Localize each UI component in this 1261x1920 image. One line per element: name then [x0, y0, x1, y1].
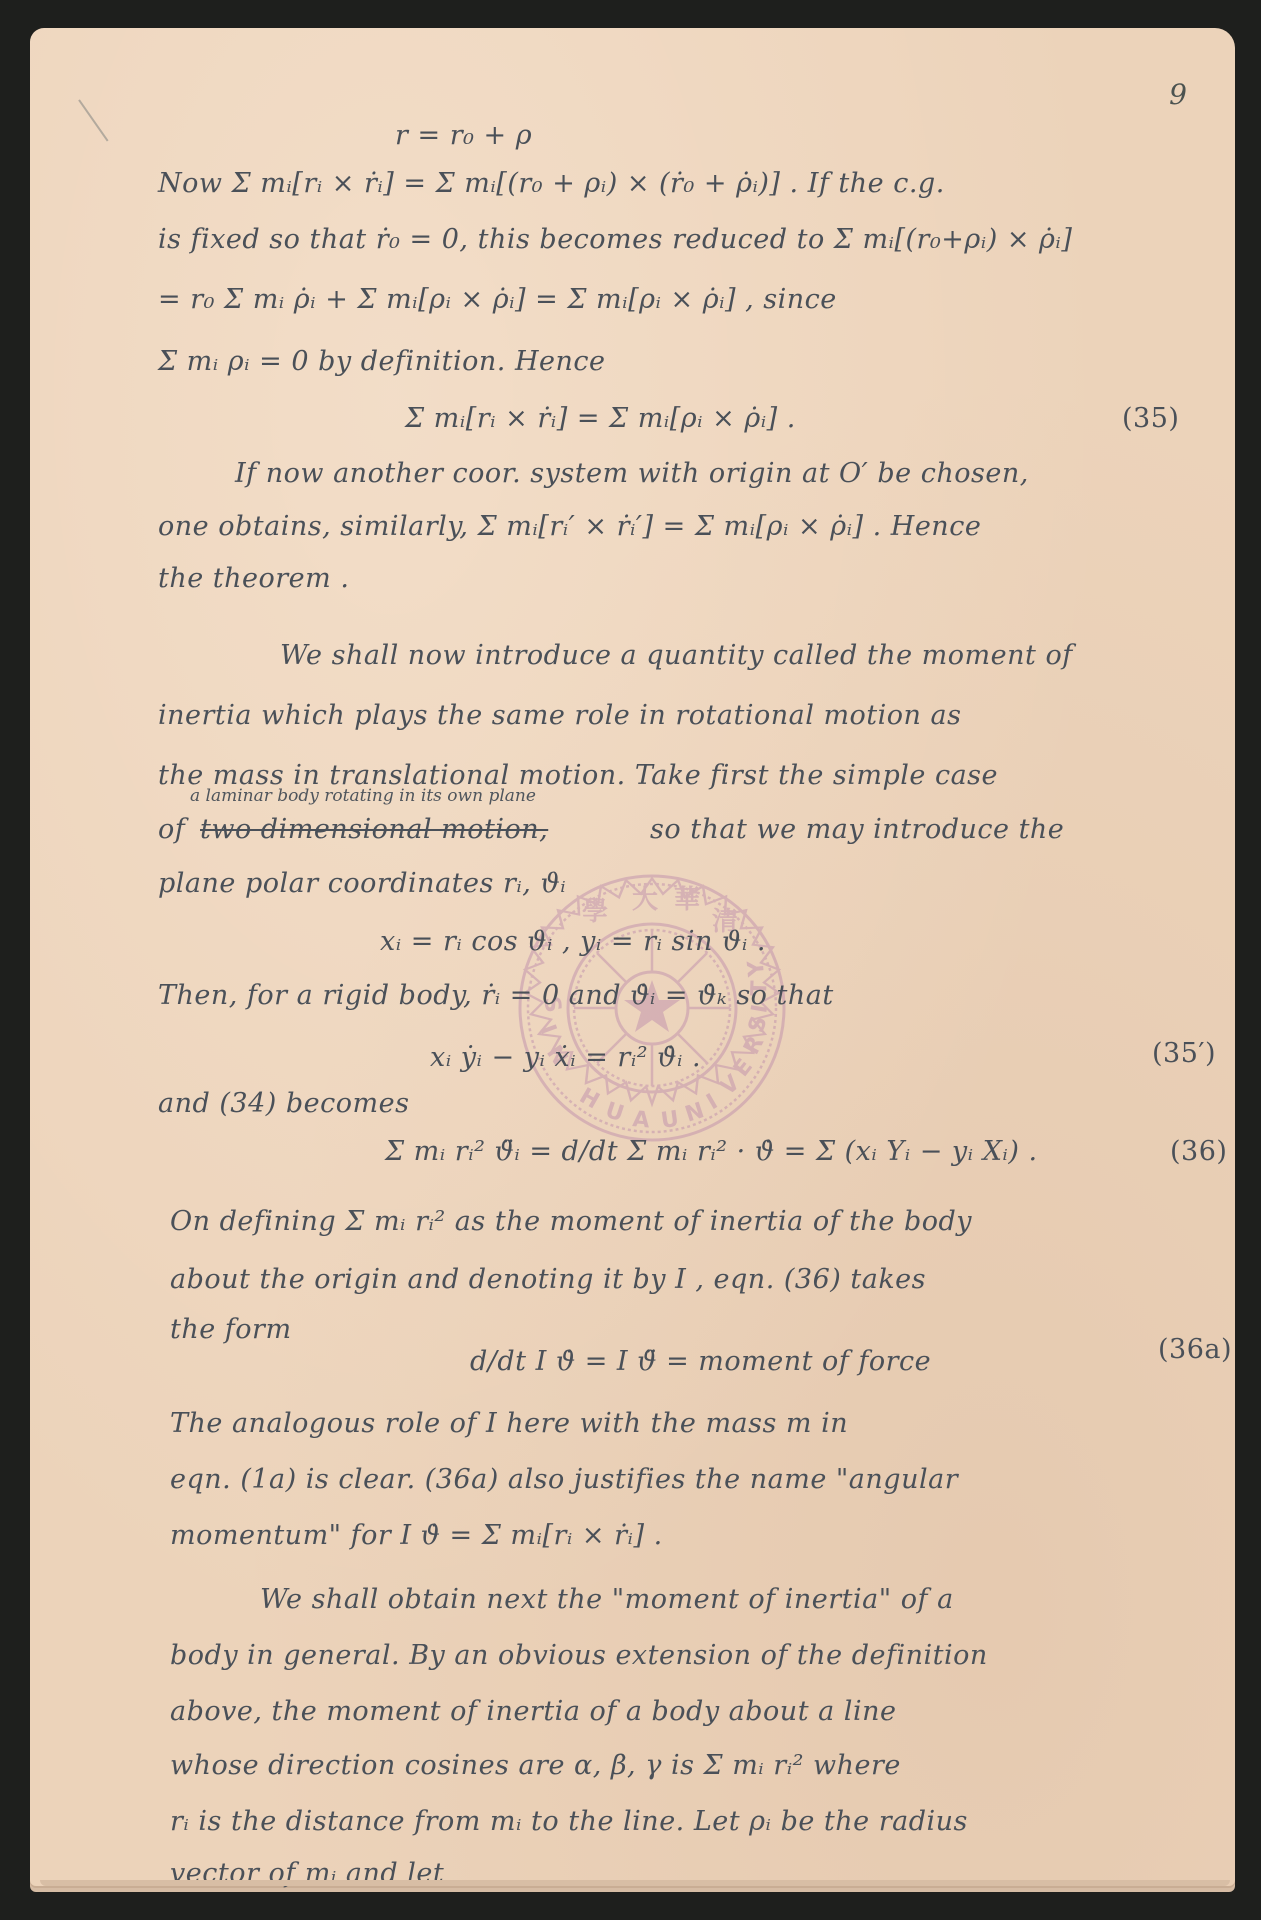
text-line: rᵢ is the distance from mᵢ to the line. …	[170, 1806, 968, 1837]
margin-pencil-mark	[78, 84, 130, 141]
paragraph-start-line: We shall now introduce a quantity called…	[280, 640, 1073, 671]
equation-number-35: (35)	[1122, 403, 1179, 434]
page-bottom-edge	[40, 1880, 1230, 1886]
text-line: inertia which plays the same role in rot…	[158, 700, 961, 731]
page-number: 9	[1169, 78, 1187, 111]
svg-text:A: A	[631, 1107, 650, 1133]
text-line: eqn. (1a) is clear. (36a) also justifies…	[170, 1464, 958, 1495]
text-line: plane polar coordinates rᵢ, ϑᵢ	[158, 868, 566, 899]
inserted-correction: a laminar body rotating in its own plane	[190, 786, 536, 806]
svg-text:R: R	[739, 1032, 769, 1059]
text-line: = r₀ Σ mᵢ ρ̇ᵢ + Σ mᵢ[ρᵢ × ρ̇ᵢ] = Σ mᵢ[ρᵢ…	[158, 284, 837, 315]
manuscript-page: 9 大 華 清 學 S I N H	[30, 28, 1235, 1886]
svg-text:S: S	[744, 1013, 773, 1036]
svg-text:N: N	[682, 1098, 707, 1127]
svg-text:學: 學	[582, 897, 608, 927]
equation-line: xᵢ = rᵢ cos ϑᵢ , yᵢ = rᵢ sin ϑᵢ .	[380, 926, 766, 957]
equation-line: r = r₀ + ρ	[395, 120, 532, 151]
equation-number-36a: (36a)	[1158, 1334, 1232, 1365]
text-line-suffix: so that we may introduce the	[650, 814, 1064, 845]
equation-number-36: (36)	[1170, 1136, 1227, 1167]
equation-35: Σ mᵢ[rᵢ × ṙᵢ] = Σ mᵢ[ρᵢ × ρ̇ᵢ] .	[405, 403, 796, 434]
text-line: and (34) becomes	[158, 1088, 409, 1119]
text-line: the form	[170, 1314, 292, 1345]
paragraph-start-line: We shall obtain next the "moment of iner…	[260, 1584, 954, 1615]
struck-text: two dimensional motion,	[200, 814, 548, 845]
svg-text:I: I	[703, 1089, 723, 1115]
text-line: Σ mᵢ ρᵢ = 0 by definition. Hence	[158, 346, 606, 377]
svg-text:華: 華	[674, 885, 700, 915]
svg-text:E: E	[729, 1054, 758, 1081]
equation-number-35-prime: (35′)	[1152, 1038, 1216, 1069]
text-line: body in general. By an obvious extension…	[170, 1640, 988, 1671]
svg-text:V: V	[716, 1070, 745, 1100]
text-line-prefix: of	[158, 814, 185, 845]
text-line: The analogous role of I here with the ma…	[170, 1408, 848, 1439]
equation-36: Σ mᵢ rᵢ² ϑ̈ᵢ = d/dt Σ mᵢ rᵢ² · ϑ̇ = Σ (x…	[385, 1136, 1038, 1167]
text-line: the theorem .	[158, 563, 349, 594]
text-line: one obtains, similarly, Σ mᵢ[rᵢ′ × ṙᵢ′] …	[158, 511, 981, 542]
text-line: is fixed so that ṙ₀ = 0, this becomes re…	[158, 224, 1072, 255]
text-line: Then, for a rigid body, ṙᵢ = 0 and ϑ̇ᵢ =…	[158, 980, 834, 1011]
text-line: whose direction cosines are α, β, γ is Σ…	[170, 1750, 901, 1781]
text-line: Now Σ mᵢ[rᵢ × ṙᵢ] = Σ mᵢ[(r₀ + ρᵢ) × (ṙ₀…	[158, 168, 945, 199]
text-line: If now another coor. system with origin …	[235, 458, 1029, 489]
text-line: about the origin and denoting it by I , …	[170, 1264, 926, 1295]
svg-text:大: 大	[632, 885, 658, 915]
svg-text:U: U	[659, 1107, 680, 1134]
equation-35-prime: xᵢ ẏᵢ − yᵢ ẋᵢ = rᵢ² ϑ̇ᵢ .	[430, 1042, 701, 1073]
svg-text:I: I	[534, 1022, 560, 1038]
svg-text:U: U	[602, 1098, 627, 1127]
text-line: momentum" for I ϑ̇ = Σ mᵢ[rᵢ × ṙᵢ] .	[170, 1520, 663, 1551]
text-line: On defining Σ mᵢ rᵢ² as the moment of in…	[170, 1206, 972, 1237]
svg-text:H: H	[575, 1084, 603, 1115]
equation-36a: d/dt I ϑ̇ = I ϑ̈ = moment of force	[470, 1346, 931, 1377]
svg-text:Y: Y	[744, 959, 770, 979]
text-line: above, the moment of inertia of a body a…	[170, 1696, 896, 1727]
